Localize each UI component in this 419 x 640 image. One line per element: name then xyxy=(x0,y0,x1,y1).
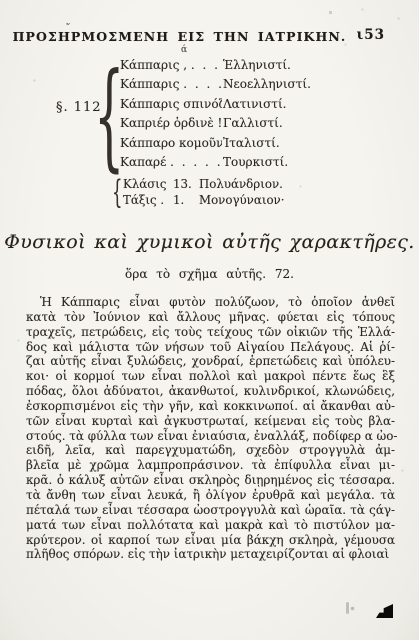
order-label: Τάξις . xyxy=(123,193,173,209)
plant-name: Κάππαρις σπινόζαμ xyxy=(120,97,222,111)
scan-artifact-smudge xyxy=(346,602,349,614)
scan-artifact-wedge xyxy=(376,604,393,618)
body-text-line: τραχεῖς, πετρώδεις, εἰς τοὺς τείχους τῶν… xyxy=(26,325,395,340)
page-number: ι53 xyxy=(357,27,385,43)
section-heading: Φυσικοὶ καὶ χυμικοὶ αὐτῆς χαρακτῆρες. xyxy=(0,231,419,253)
body-text-line: ζαι αὐτῆς εἶναι ξυλώδεις, χονδραί, ἑρπετ… xyxy=(26,354,395,369)
plant-name: Κάππαρις , xyxy=(120,58,187,72)
body-text-line: πέταλά των εἶναι τέσσαρα ὠοστρογγυλὰ καὶ… xyxy=(26,503,395,518)
body-text-line: πόδας, ὅλοι ἀδύνατοι, ἀκανθωτοί, κυλινδρ… xyxy=(26,384,395,399)
plant-name: Καπαρέ xyxy=(120,155,166,169)
body-text-line: δος καὶ μάλιστα τῶν νήσων τοῦ Αἰγαίου Πε… xyxy=(26,340,395,355)
body-text-line: κοι· οἱ κορμοί των εἶναι πολλοὶ καὶ μακρ… xyxy=(26,369,395,384)
class-value: Πολυάνδριον. xyxy=(199,177,284,193)
body-text-line: στούς. τὰ φύλλα των εἶναι ἐνιαύσια, ἐναλ… xyxy=(26,429,395,444)
body-text-line: ἐσκορπισμένοι εἰς τὴν γῆν, καὶ κοκκινωπο… xyxy=(26,399,395,414)
classification-row: Τάξις . 1. Μονογύναιον· xyxy=(123,193,284,209)
synonym-row: Κάππαρις , . . . . . Ἑλληνιστί. xyxy=(120,56,400,75)
dot-leader: . . . . . . xyxy=(183,77,222,91)
body-text-line: τὰ ἄνθη των εἶναι λευκά, ἢ ὀλίγον ἐρυθρᾶ… xyxy=(26,488,395,503)
body-text-line: κρᾶ. ὁ κάλυξ αὐτῶν εἶναι σκληρὸς διῃρημέ… xyxy=(26,473,395,488)
running-header: ΠΡΟΣΗΡΜΟΣΜΕΝΗ ΕΙΣ ΤΗΝ ΙΑΤΡΙΚΗΝ. xyxy=(0,29,359,44)
body-text-line: τῶν εἶναι κυρταὶ καὶ ἀγκυστρωταί, κείμεν… xyxy=(26,414,395,429)
synonym-list: Κάππαρις , . . . . . Ἑλληνιστί. Κάππαρις… xyxy=(120,56,400,172)
body-text-line: βλεῖα μὲ χρῶμα λαμπροπράσινον. τὰ ἐπίφυλ… xyxy=(26,458,395,473)
scan-artifact-letter: ά xyxy=(181,45,187,55)
synonym-row: Καπαρέ . . . . . . Τουρκιστί. xyxy=(120,153,400,172)
body-text-line: ειδῆ, λεῖα, καὶ παρεγχυματώδη, σχεδὸν στ… xyxy=(26,443,395,458)
body-text-line: Ἡ Κάππαρις εἶναι φυτὸν πολύζωον, τὸ ὁποῖ… xyxy=(26,295,395,310)
language-label: Νεοελληνιστί. xyxy=(222,75,311,94)
plant-name: Κάππαρις xyxy=(120,77,179,91)
class-label: Κλάσις xyxy=(123,177,173,193)
language-label: Ἰταλιστί. xyxy=(222,134,280,153)
class-number: 13. xyxy=(173,177,199,193)
body-text-line: κρύτερον. οἱ καρποί των εἶναι μία βάκχη … xyxy=(26,533,395,548)
order-value: Μονογύναιον· xyxy=(199,193,284,209)
synonym-row: Κάππαρο κομοῦνε . . . . Ἰταλιστί. xyxy=(120,134,400,153)
language-label: Ἑλληνιστί. xyxy=(222,56,291,75)
body-text-line: πλῆθος σπόρων. εἰς τὴν ἰατρικὴν μεταχειρ… xyxy=(26,547,395,562)
plant-name: Κάππαρο κομοῦνε xyxy=(120,136,222,150)
dot-leader: . . . . . . xyxy=(170,155,222,169)
left-brace-small: { xyxy=(112,178,123,210)
dot-leader: . . . . . xyxy=(191,58,222,72)
book-page: ῞ ΠΡΟΣΗΡΜΟΣΜΕΝΗ ΕΙΣ ΤΗΝ ΙΑΤΡΙΚΗΝ. ι53 ά … xyxy=(0,0,419,640)
body-paragraph: Ἡ Κάππαρις εἶναι φυτὸν πολύζωον, τὸ ὁποῖ… xyxy=(26,295,395,562)
figure-reference: ὅρα τὸ σχῆμα αὐτῆς. 72. xyxy=(0,267,419,281)
synonym-row: Κάππαρις σπινόζαμ . . . Λατινιστί. xyxy=(120,95,400,114)
language-label: Γαλλιστί. xyxy=(222,114,283,133)
body-text-line: κατὰ τὸν Ἰούνιον καὶ ἄλλους μῆνας. φύετα… xyxy=(26,310,395,325)
synonym-row: Κάππαρις . . . . . . Νεοελληνιστί. xyxy=(120,75,400,94)
body-text-line: ματά των εἶναι πολλότατα καὶ μακρὰ καὶ τ… xyxy=(26,518,395,533)
classification-row: Κλάσις 13. Πολυάνδριον. xyxy=(123,177,284,193)
language-label: Τουρκιστί. xyxy=(222,153,288,172)
classification-table: Κλάσις 13. Πολυάνδριον. Τάξις . 1. Μονογ… xyxy=(123,177,284,209)
language-label: Λατινιστί. xyxy=(222,95,286,114)
synonym-row: Καπριέρ ὁρδινὲ ! . . . . Γαλλιστί. xyxy=(120,114,400,133)
scan-noise xyxy=(0,0,1,1)
order-number: 1. xyxy=(173,193,199,209)
plant-name: Καπριέρ ὁρδινὲ ! xyxy=(120,116,222,130)
